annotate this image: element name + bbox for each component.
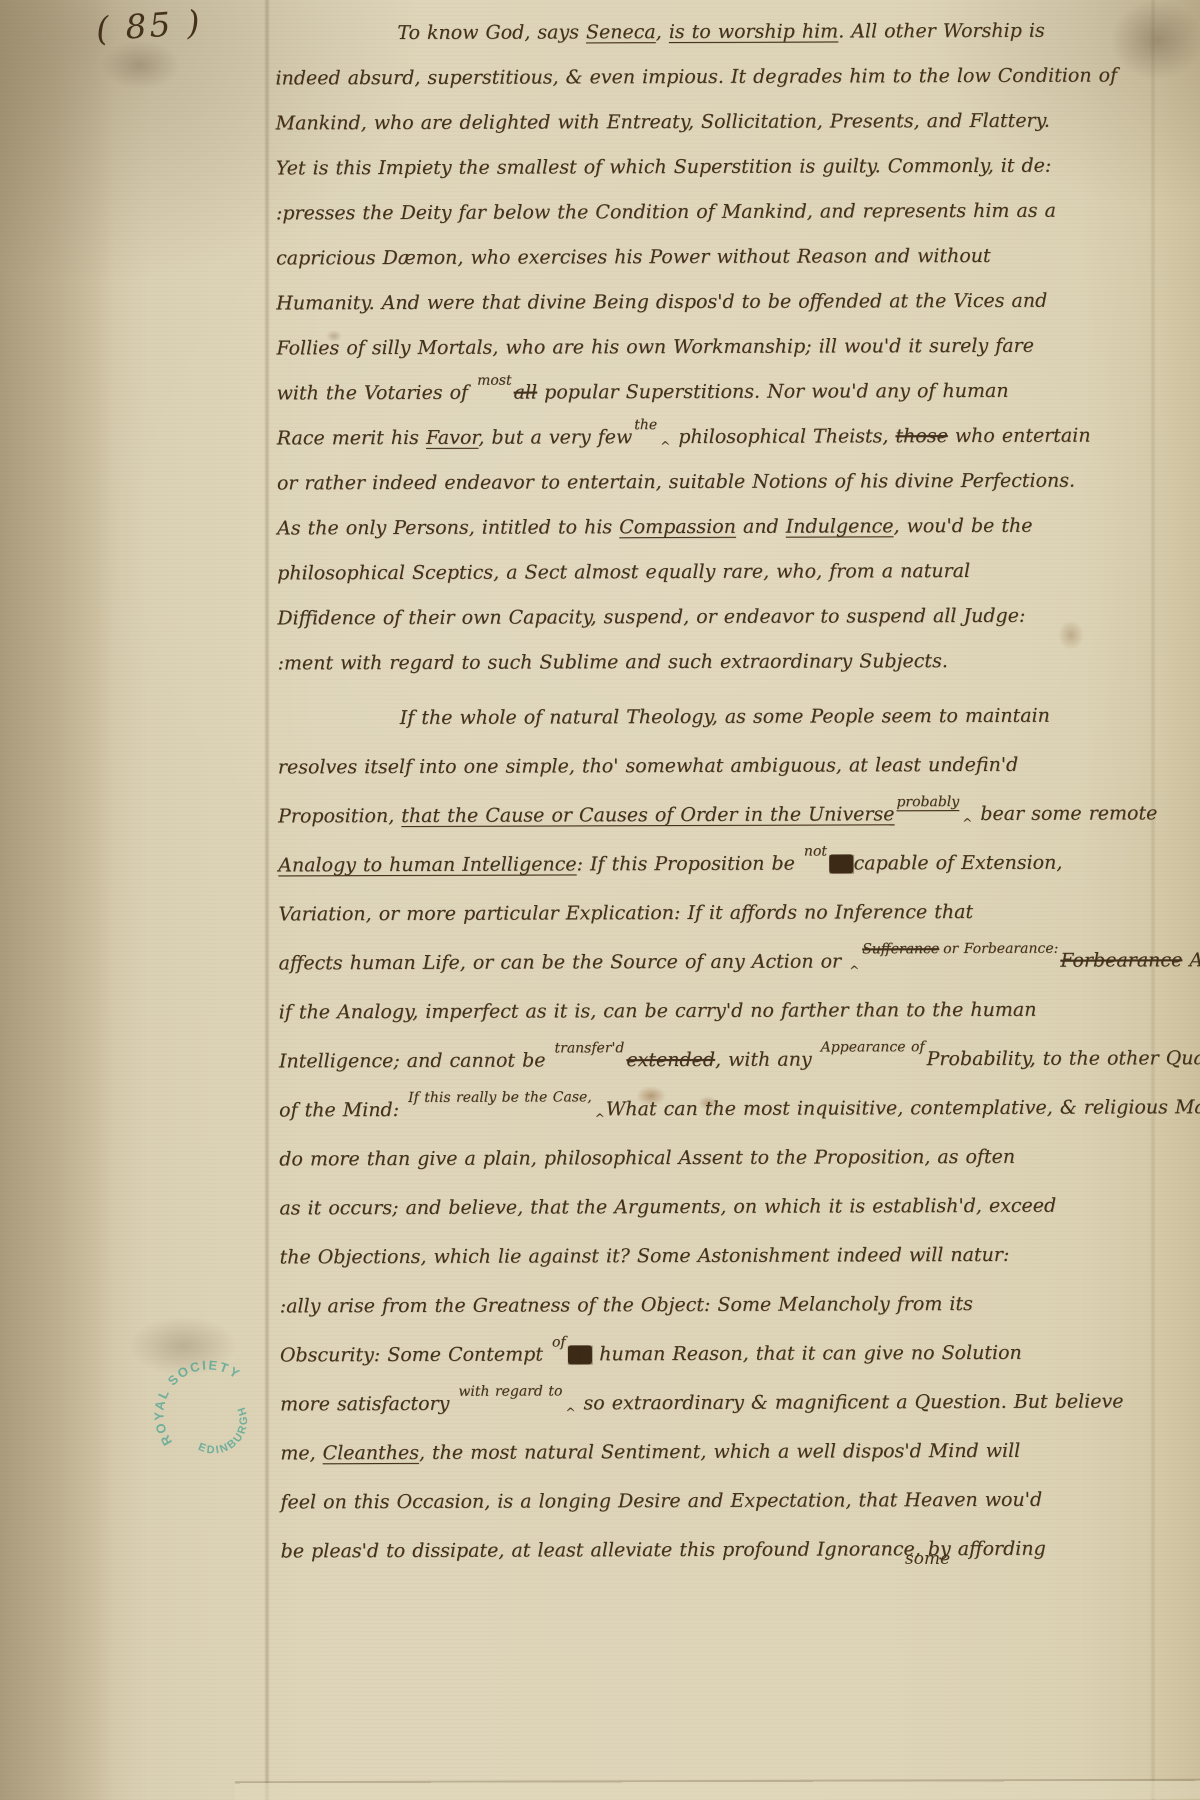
struck-text: all [514,381,538,403]
text-segment: with the Votaries of [277,382,476,405]
underlined-text: that the Cause or Causes of Order in the… [401,803,894,827]
manuscript-line: Humanity. And were that divine Being dis… [276,279,1076,327]
interlinear-insertion: Appearance of [821,1040,925,1054]
underlined-text: Seneca [586,21,656,43]
manuscript-line: resolves itself into one simple, tho' so… [278,741,1078,793]
text-segment: bear some remote [973,802,1157,825]
manuscript-line: more satisfactory with regard to^ so ext… [280,1378,1080,1430]
manuscript-line: me, Cleanthes, the most natural Sentimen… [280,1427,1080,1479]
manuscript-line: Yet is this Impiety the smallest of whic… [276,144,1076,192]
text-segment: human Reason, that it can give no Soluti… [592,1342,1022,1365]
text-segment: , wou'd be the [893,515,1032,537]
manuscript-line: be pleas'd to dissipate, at least allevi… [281,1525,1081,1577]
manuscript-line: Analogy to human Intelligence: If this P… [278,839,1078,891]
manuscript-line: capricious Dæmon, who exercises his Powe… [276,234,1076,282]
text-segment: if the Analogy, imperfect as it is, can … [279,999,1037,1024]
text-segment: Intelligence; and cannot be [279,1049,553,1072]
text-segment: the Objections, which lie against it? So… [280,1244,1010,1269]
text-segment: If the whole of natural Theology, as som… [400,705,1050,729]
underlined-text: Cleanthes [323,1442,419,1464]
text-segment: capable of Extension, [854,852,1063,875]
text-segment: To know God, says [397,21,586,44]
text-segment: , with any [715,1049,819,1071]
text-segment: Variation, or more particular Explicatio… [278,901,973,925]
catchword: some [905,1549,950,1569]
text-segment: :presses the Deity far below the Conditi… [276,200,1056,225]
svg-text:ROYAL SOCIETY: ROYAL SOCIETY [128,1334,246,1451]
paper-fold-crease-right [1150,0,1156,1800]
interlinear-insertion: with regard to [458,1384,562,1398]
manuscript-line: indeed absurd, superstitious, & even imp… [275,54,1075,102]
manuscript-line: or rather indeed endeavor to entertain, … [277,459,1077,507]
manuscript-line: Follies of silly Mortals, who are his ow… [276,324,1076,372]
underlined-text: Indulgence [786,515,894,537]
text-segment: and [736,516,786,538]
stamp-arc-bottom-text: EDINBURGH [193,1400,264,1470]
manuscript-line: To know God, says Seneca, is to worship … [275,9,1075,57]
underlined-text: is to worship him [669,20,838,43]
manuscript-line: Intelligence; and cannot be transfer'dex… [279,1035,1079,1087]
manuscript-line: of the Mind: If this really be the Case,… [279,1084,1079,1136]
interlinear-insertion: or Forbearance: [943,942,1058,956]
text-segment: do more than give a plain, philosophical… [279,1146,1015,1171]
text-segment: Humanity. And were that divine Being dis… [276,290,1047,315]
paragraph: If the whole of natural Theology, as som… [278,692,1081,1577]
stain [1110,0,1200,80]
paper-fold-crease-left [264,0,270,1800]
text-segment: Proposition, [278,805,401,827]
text-segment: who entertain [948,425,1091,447]
text-segment: , but a very few [478,426,632,449]
text-segment: philosophical Sceptics, a Sect almost eq… [277,560,970,584]
paragraph: To know God, says Seneca, is to worship … [275,9,1077,687]
text-segment: Follies of silly Mortals, who are his ow… [276,335,1034,360]
text-segment: , [656,21,669,43]
page-number: ( 85 ) [95,2,204,48]
manuscript-line: Mankind, who are delighted with Entreaty… [276,99,1076,147]
manuscript-text: To know God, says Seneca, is to worship … [275,9,1080,1577]
underlined-text: Favor [426,427,478,449]
manuscript-line: If the whole of natural Theology, as som… [278,692,1078,744]
text-segment: Yet is this Impiety the smallest of whic… [276,155,1052,180]
manuscript-line: :ally arise from the Greatness of the Ob… [280,1280,1080,1332]
text-segment: :ally arise from the Greatness of the Ob… [280,1293,973,1317]
manuscript-line: if the Analogy, imperfect as it is, can … [279,986,1079,1038]
text-segment: . All other Worship is [838,20,1045,43]
underlined-text: Compassion [619,516,736,538]
text-segment: Mankind, who are delighted with Entreaty… [276,110,1050,135]
text-segment: feel on this Occasion, is a longing Desi… [280,1489,1042,1514]
underlined-text: Analogy to human Intelligence [278,853,576,876]
next-page-edge [235,1779,1200,1800]
manuscript-line: Obscurity: Some Contempt of██ human Reas… [280,1329,1080,1381]
text-segment: Probability, to the other Qualities [927,1047,1200,1070]
interlinear-insertion: Sufferance [862,942,939,956]
inked-out-word: ██ [568,1345,593,1364]
interlinear-insertion: not [804,844,827,858]
text-segment: philosophical Theists, [671,425,895,448]
text-segment: And [1182,949,1200,971]
manuscript-line: the Objections, which lie against it? So… [280,1231,1080,1283]
interlinear-insertion: transfer'd [554,1041,624,1055]
text-segment: popular Superstitions. Nor wou'd any of … [537,380,1009,404]
manuscript-line: philosophical Sceptics, a Sect almost eq… [277,549,1077,597]
struck-text: extended [626,1049,715,1071]
text-segment: as it occurs; and believe, that the Argu… [279,1195,1056,1220]
text-segment: , the most natural Sentiment, which a we… [419,1440,1020,1464]
interlinear-insertion: probably [896,795,959,809]
manuscript-scan-page: ( 85 ) To know God, says Seneca, is to w… [0,0,1200,1800]
manuscript-line: Diffidence of their own Capacity, suspen… [277,594,1077,642]
interlinear-insertion: If this really be the Case, [408,1090,592,1105]
manuscript-line: Variation, or more particular Explicatio… [278,888,1078,940]
interlinear-insertion: most [477,374,512,388]
interlinear-insertion: of [552,1335,566,1349]
text-segment: me, [280,1442,322,1464]
stamp-arc-top-text: ROYAL SOCIETY [128,1334,246,1451]
manuscript-line: Race merit his Favor, but a very fewthe^… [277,414,1077,462]
struck-text: Forbearance [1060,949,1182,971]
manuscript-line: as it occurs; and believe, that the Argu… [279,1182,1079,1234]
text-segment: resolves itself into one simple, tho' so… [278,754,1018,779]
manuscript-line: As the only Persons, intitled to his Com… [277,504,1077,552]
text-segment: indeed absurd, superstitious, & even imp… [275,64,1117,89]
text-segment: :ment with regard to such Sublime and su… [278,650,948,674]
interlinear-insertion: the [634,418,657,432]
text-segment: or rather indeed endeavor to entertain, … [277,470,1075,495]
text-segment: Race merit his [277,427,426,450]
svg-text:EDINBURGH: EDINBURGH [193,1400,264,1470]
text-segment: capricious Dæmon, who exercises his Powe… [276,245,991,269]
text-segment: What can the most inquisitive, contempla… [606,1096,1200,1120]
royal-society-edinburgh-stamp: ROYAL SOCIETY EDINBURGH [122,1328,289,1495]
inked-out-word: ██ [829,854,854,873]
manuscript-line: affects human Life, or can be the Source… [279,937,1079,989]
manuscript-line: feel on this Occasion, is a longing Desi… [280,1476,1080,1528]
text-segment: Obscurity: Some Contempt [280,1343,550,1366]
manuscript-line: Proposition, that the Cause or Causes of… [278,790,1078,842]
manuscript-line: :ment with regard to such Sublime and su… [277,639,1077,687]
text-segment: As the only Persons, intitled to his [277,516,619,539]
text-segment: more satisfactory [280,1393,456,1416]
text-segment: : If this Proposition be [577,853,802,876]
manuscript-line: with the Votaries of mostall popular Sup… [277,369,1077,417]
text-segment: affects human Life, or can be the Source… [279,950,849,974]
manuscript-line: do more than give a plain, philosophical… [279,1133,1079,1185]
text-segment: of the Mind: [279,1099,406,1121]
text-segment: Diffidence of their own Capacity, suspen… [277,605,1025,630]
text-segment: so extraordinary & magnificent a Questio… [576,1390,1123,1414]
struck-text: those [895,425,947,447]
manuscript-line: :presses the Deity far below the Conditi… [276,189,1076,237]
